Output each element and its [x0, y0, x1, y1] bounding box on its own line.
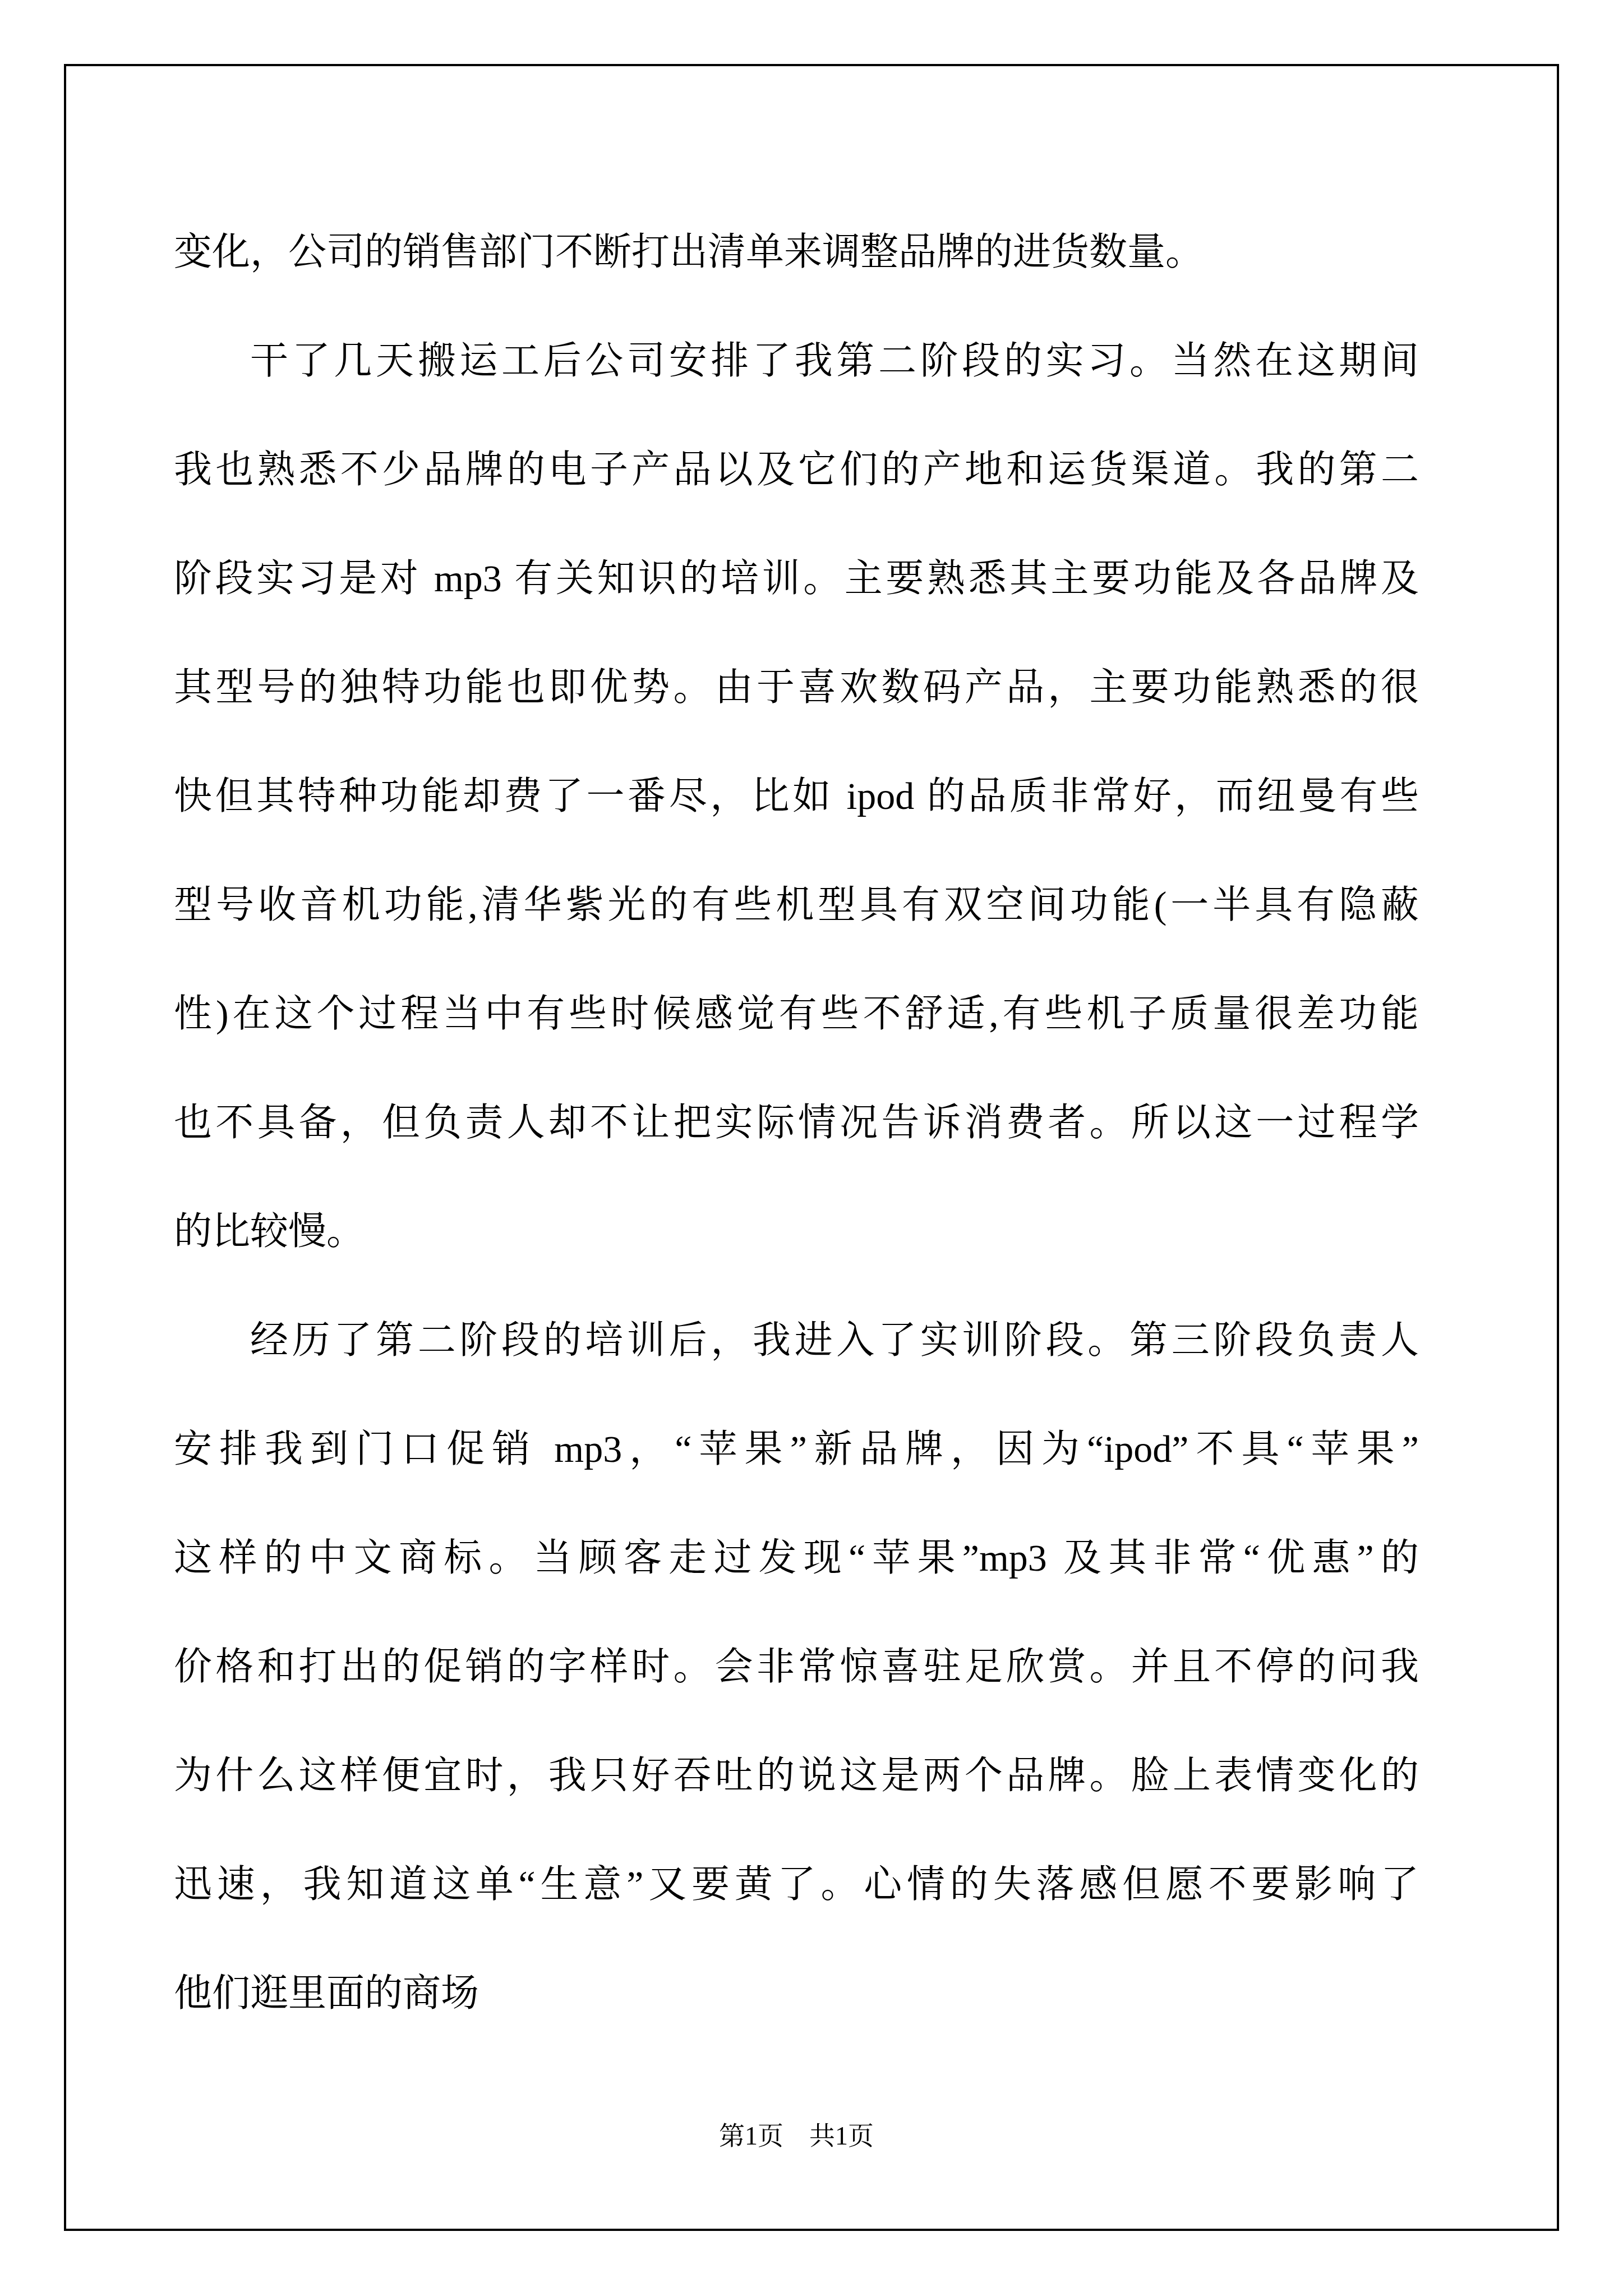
text-line: 变化，公司的销售部门不断打出清单来调整品牌的进货数量。 — [174, 197, 1419, 306]
text-line: 经历了第二阶段的培训后，我进入了实训阶段。第三阶段负责人 — [174, 1286, 1419, 1395]
text-line: 价格和打出的促销的字样时。会非常惊喜驻足欣赏。并且不停的问我 — [174, 1612, 1419, 1721]
text-line: 迅速，我知道这单“生意”又要黄了。心情的失落感但愿不要影响了 — [174, 1830, 1419, 1939]
text-line: 安排我到门口促销 mp3，“苹果”新品牌，因为“ipod”不具“苹果” — [174, 1395, 1419, 1503]
text-line: 性)在这个过程当中有些时候感觉有些不舒适,有些机子质量很差功能 — [174, 959, 1419, 1068]
text-line: 他们逛里面的商场 — [174, 1939, 1419, 2047]
page-number-footer: 第1页 共1页 — [174, 2119, 1419, 2153]
text-line: 为什么这样便宜时，我只好吞吐的说这是两个品牌。脸上表情变化的 — [174, 1721, 1419, 1830]
text-line: 的比较慢。 — [174, 1177, 1419, 1286]
paragraph: 干了几天搬运工后公司安排了我第二阶段的实习。当然在这期间我也熟悉不少品牌的电子产… — [174, 306, 1419, 1286]
text-line: 阶段实习是对 mp3 有关知识的培训。主要熟悉其主要功能及各品牌及 — [174, 524, 1419, 633]
document-page: 变化，公司的销售部门不断打出清单来调整品牌的进货数量。干了几天搬运工后公司安排了… — [0, 0, 1623, 2296]
text-line: 干了几天搬运工后公司安排了我第二阶段的实习。当然在这期间 — [174, 306, 1419, 415]
document-body-text: 变化，公司的销售部门不断打出清单来调整品牌的进货数量。干了几天搬运工后公司安排了… — [174, 197, 1419, 2047]
text-line: 我也熟悉不少品牌的电子产品以及它们的产地和运货渠道。我的第二 — [174, 415, 1419, 524]
text-line: 型号收音机功能,清华紫光的有些机型具有双空间功能(一半具有隐蔽 — [174, 850, 1419, 959]
text-line: 也不具备，但负责人却不让把实际情况告诉消费者。所以这一过程学 — [174, 1068, 1419, 1177]
text-line: 这样的中文商标。当顾客走过发现“苹果”mp3 及其非常“优惠”的 — [174, 1503, 1419, 1612]
text-line: 其型号的独特功能也即优势。由于喜欢数码产品，主要功能熟悉的很 — [174, 633, 1419, 742]
paragraph: 经历了第二阶段的培训后，我进入了实训阶段。第三阶段负责人安排我到门口促销 mp3… — [174, 1286, 1419, 2047]
text-line: 快但其特种功能却费了一番尽，比如 ipod 的品质非常好，而纽曼有些 — [174, 742, 1419, 850]
paragraph: 变化，公司的销售部门不断打出清单来调整品牌的进货数量。 — [174, 197, 1419, 306]
